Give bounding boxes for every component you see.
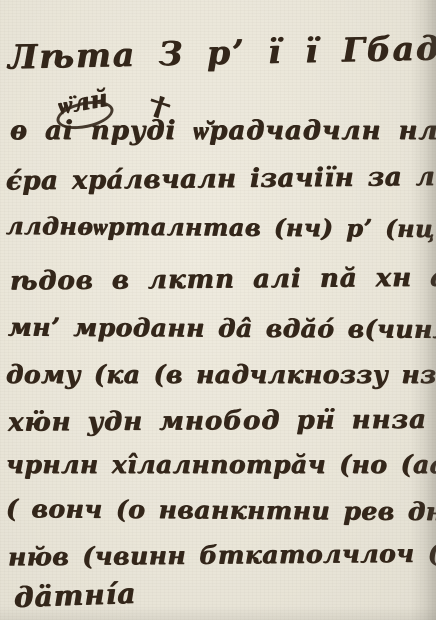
manuscript-line-9: чрнлн хі̂лалнпотрӑч (но (аа тнь ʼо (6, 452, 436, 477)
manuscript-line-7: дому (ка (в надчлкноззу нзот по̆ (6, 362, 436, 387)
manuscript-line-12: дӓтні́а (14, 580, 137, 612)
manuscript-page: ѡ̈лн̆ † Лѣта З рʼ ї ї Гбадзо́ пн̆ ра ѳ а… (0, 0, 436, 620)
page-edge-shadow-right (410, 0, 436, 620)
manuscript-line-8: хю̈н удн мнобод рн̈ ннза в нн (8, 406, 436, 436)
manuscript-line-3: є́ра хра́лвчалн ізачіїн за лихо́ (6, 163, 436, 194)
manuscript-line-5: ѣдов в лктп алі пӑ хн аю̆ тз рь (10, 263, 436, 294)
manuscript-line-11: ню̆в (чвинн бткатолчлоч (ва́ трочз (8, 539, 436, 569)
manuscript-line-10: ( вонч (о нванкнтни рев днадѡро̆ (6, 496, 436, 525)
manuscript-line-1: Лѣта З рʼ ї ї Гбадзо́ пн̆ ра (8, 27, 436, 73)
manuscript-line-2: ѳ аі пруді ѡ̆радчадчлн нлаа (10, 118, 436, 144)
manuscript-line-4: ллднѳѡрталнтав (нч) рʼ (нцнх (тво (6, 214, 436, 242)
manuscript-line-6: мнʼ мроданн да̂ вдӑо́ в(чинло (тн (8, 315, 436, 343)
